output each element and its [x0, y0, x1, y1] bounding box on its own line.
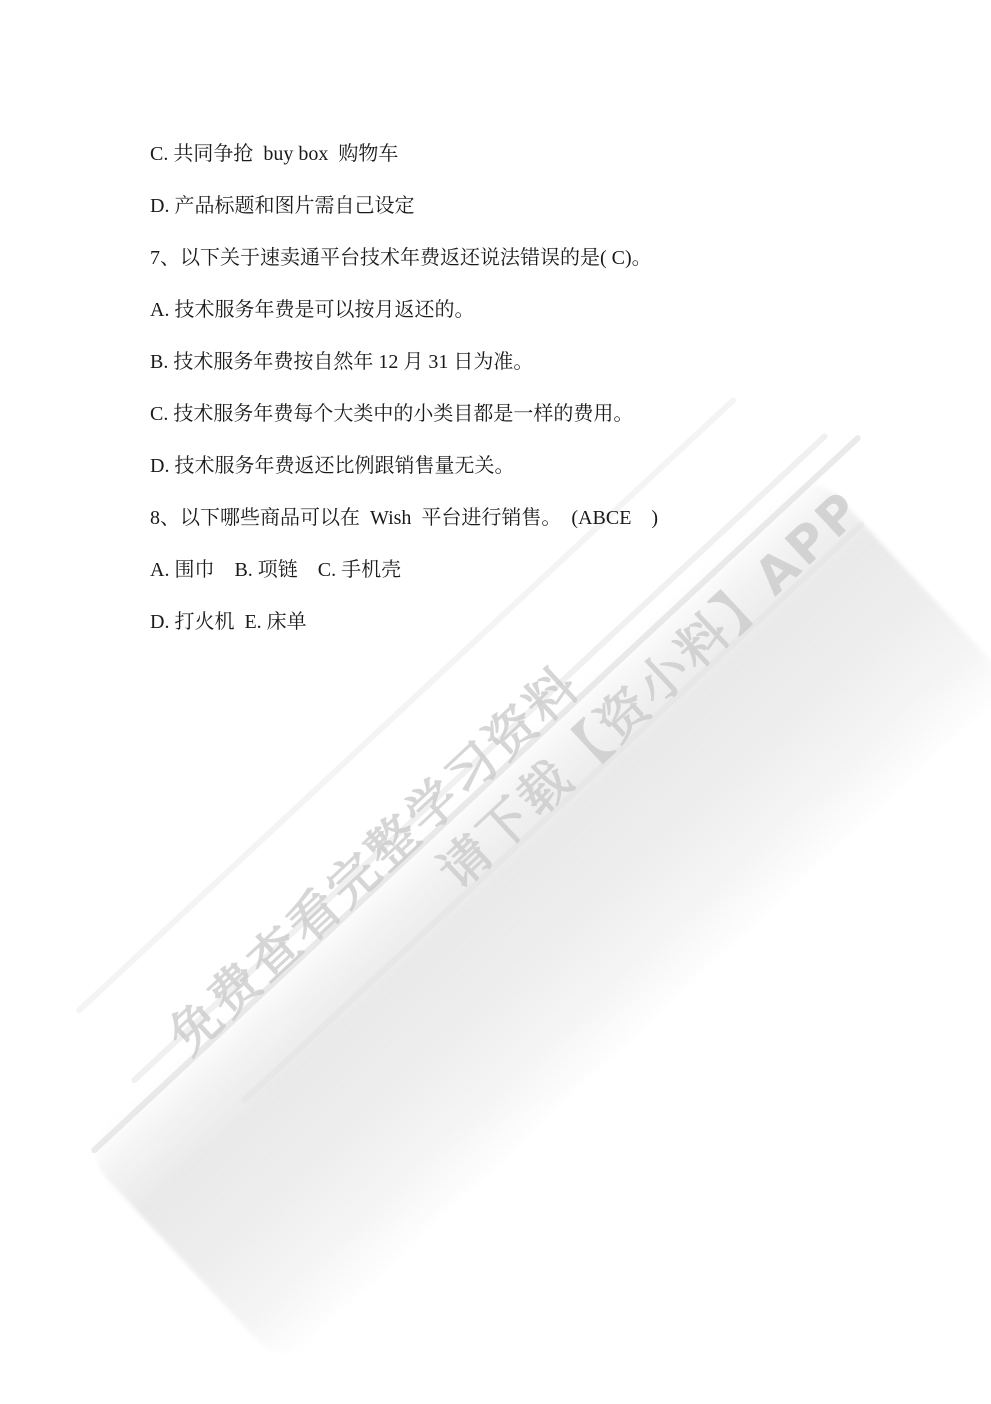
question-8: 8、以下哪些商品可以在 Wish 平台进行销售。 (ABCE )	[150, 492, 870, 544]
question-7: 7、以下关于速卖通平台技术年费返还说法错误的是( C)。	[150, 232, 870, 284]
option-6d: D. 产品标题和图片需自己设定	[150, 180, 870, 232]
option-7a: A. 技术服务年费是可以按月返还的。	[150, 284, 870, 336]
document-page: 免费查看完整学习资料 请下载【资小料】APP C. 共同争抢 buy box 购…	[0, 0, 991, 1404]
option-6c: C. 共同争抢 buy box 购物车	[150, 128, 870, 180]
option-7b: B. 技术服务年费按自然年 12 月 31 日为准。	[150, 336, 870, 388]
options-8abc: A. 围巾 B. 项链 C. 手机壳	[150, 544, 870, 596]
option-7c: C. 技术服务年费每个大类中的小类目都是一样的费用。	[150, 388, 870, 440]
document-content: C. 共同争抢 buy box 购物车 D. 产品标题和图片需自己设定 7、以下…	[150, 128, 870, 648]
options-8de: D. 打火机 E. 床单	[150, 596, 870, 648]
option-7d: D. 技术服务年费返还比例跟销售量无关。	[150, 440, 870, 492]
